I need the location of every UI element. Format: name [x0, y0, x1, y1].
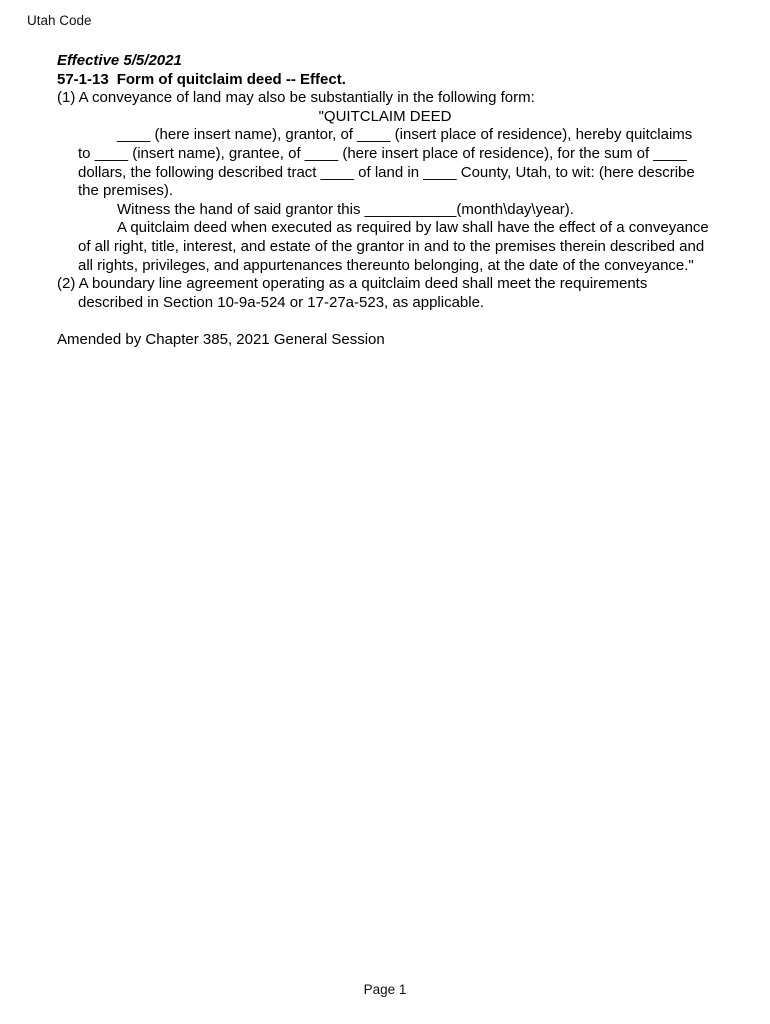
body-line: (1) A conveyance of land may also be sub…: [57, 89, 713, 108]
body-line: Witness the hand of said grantor this __…: [57, 201, 713, 220]
body-line: the premises).: [57, 182, 713, 201]
page-number: Page 1: [0, 982, 770, 997]
body-line: of all right, title, interest, and estat…: [57, 238, 713, 257]
section-number: 57-1-13: [57, 71, 109, 88]
body-line: A quitclaim deed when executed as requir…: [57, 219, 713, 238]
document-content: Effective 5/5/2021 57-1-13Form of quitcl…: [57, 52, 713, 350]
quitclaim-deed-heading: "QUITCLAIM DEED: [57, 108, 713, 127]
body-line: all rights, privileges, and appurtenance…: [57, 257, 713, 276]
document-header: Utah Code: [27, 13, 92, 29]
body-line: dollars, the following described tract _…: [57, 164, 713, 183]
section-heading: 57-1-13Form of quitclaim deed -- Effect.: [57, 71, 713, 90]
body-line: (2) A boundary line agreement operating …: [57, 275, 713, 294]
body-line: described in Section 10-9a-524 or 17-27a…: [57, 294, 713, 313]
body-line: ____ (here insert name), grantor, of ___…: [57, 126, 713, 145]
section-title: Form of quitclaim deed -- Effect.: [117, 71, 346, 88]
effective-date: Effective 5/5/2021: [57, 52, 713, 71]
document-page: Utah Code Effective 5/5/2021 57-1-13Form…: [0, 0, 770, 1024]
body-line: to ____ (insert name), grantee, of ____ …: [57, 145, 713, 164]
amended-note: Amended by Chapter 385, 2021 General Ses…: [57, 331, 713, 350]
